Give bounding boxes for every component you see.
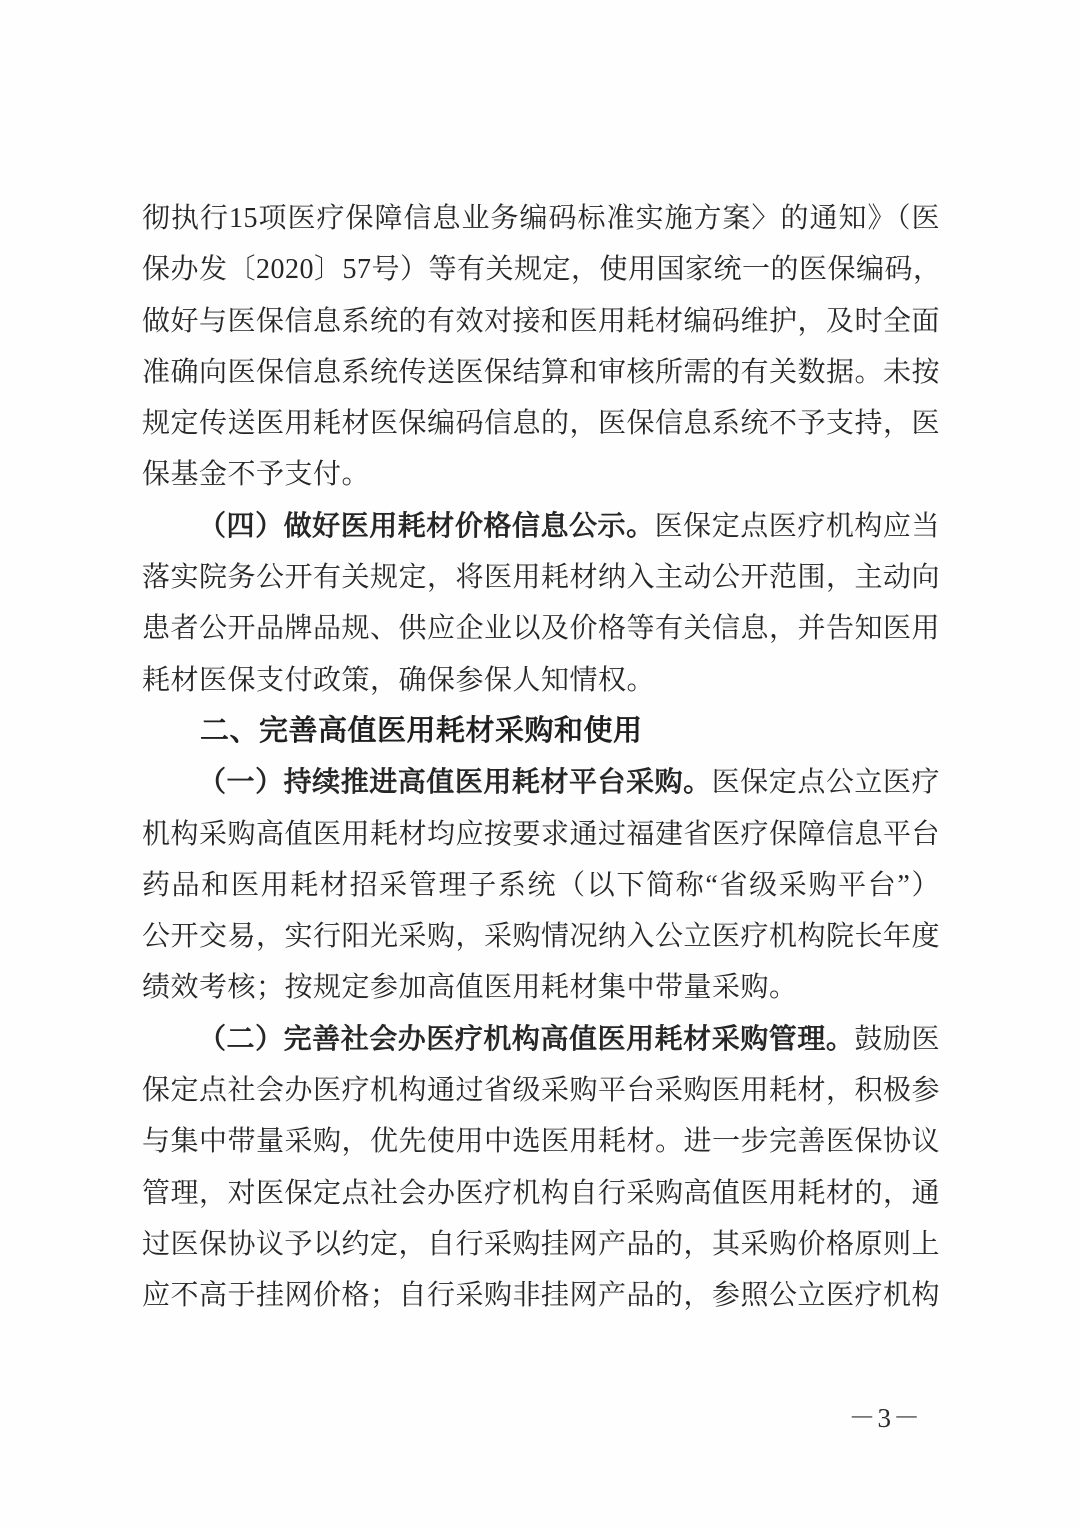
line-text: 保办发〔2020〕57号）等有关规定，使用国家统一的医保编码， (142, 254, 942, 285)
line-text: 鼓励医 (854, 1024, 940, 1055)
line-text: 公开交易，实行阳光采购，采购情况纳入公立医疗机构院长年度 (142, 921, 940, 952)
text-line: 机构采购高值医用耗材均应按要求通过福建省医疗保障信息平台 (142, 809, 940, 860)
line-text: 规定传送医用耗材医保编码信息的，医保信息系统不予支持，医 (142, 408, 940, 439)
text-line: 保基金不予支付。 (142, 449, 940, 500)
heading-text: 二、完善高值医用耗材采购和使用 (200, 715, 643, 747)
text-line: 过医保协议予以约定，自行采购挂网产品的，其采购价格原则上 (142, 1219, 940, 1270)
line-text: 落实院务公开有关规定，将医用耗材纳入主动公开范围，主动向 (142, 562, 940, 593)
page-number: －3－ (849, 1396, 923, 1435)
line-text: 彻执行15项医疗保障信息业务编码标准实施方案〉的通知》（医 (142, 203, 940, 234)
line-text: 绩效考核；按规定参加高值医用耗材集中带量采购。 (142, 972, 798, 1003)
text-line: 彻执行15项医疗保障信息业务编码标准实施方案〉的通知》（医 (142, 193, 940, 244)
text-line: 保定点社会办医疗机构通过省级采购平台采购医用耗材，积极参 (142, 1065, 940, 1116)
text-line: 患者公开品牌品规、供应企业以及价格等有关信息，并告知医用 (142, 603, 940, 654)
line-text: 医保定点医疗机构应当 (655, 511, 940, 542)
text-line-section-4: （四）做好医用耗材价格信息公示。医保定点医疗机构应当 (142, 501, 940, 552)
text-line: 准确向医保信息系统传送医保结算和审核所需的有关数据。未按 (142, 347, 940, 398)
text-line: 绩效考核；按规定参加高值医用耗材集中带量采购。 (142, 962, 940, 1013)
line-text: 耗材医保支付政策，确保参保人知情权。 (142, 665, 655, 696)
line-text: 做好与医保信息系统的有效对接和医用耗材编码维护，及时全面 (142, 306, 940, 337)
text-line: 做好与医保信息系统的有效对接和医用耗材编码维护，及时全面 (142, 296, 940, 347)
line-text: 机构采购高值医用耗材均应按要求通过福建省医疗保障信息平台 (142, 819, 940, 850)
text-line: 公开交易，实行阳光采购，采购情况纳入公立医疗机构院长年度 (142, 911, 940, 962)
document-body: 彻执行15项医疗保障信息业务编码标准实施方案〉的通知》（医 保办发〔2020〕5… (142, 193, 940, 1322)
text-line-section-1: （一）持续推进高值医用耗材平台采购。医保定点公立医疗 (142, 757, 940, 808)
line-text: 患者公开品牌品规、供应企业以及价格等有关信息，并告知医用 (142, 613, 940, 644)
section-lead-bold: （四）做好医用耗材价格信息公示。 (198, 511, 655, 542)
line-text: 医保定点公立医疗 (712, 767, 940, 798)
line-text: 过医保协议予以约定，自行采购挂网产品的，其采购价格原则上 (142, 1229, 940, 1260)
line-text: 药品和医用耗材招采管理子系统（以下简称“省级采购平台”） (142, 870, 940, 901)
line-text: 应不高于挂网价格；自行采购非挂网产品的，参照公立医疗机构 (142, 1280, 940, 1311)
text-line: 管理，对医保定点社会办医疗机构自行采购高值医用耗材的，通 (142, 1168, 940, 1219)
section-lead-bold: （一）持续推进高值医用耗材平台采购。 (198, 767, 712, 798)
line-text: 管理，对医保定点社会办医疗机构自行采购高值医用耗材的，通 (142, 1178, 940, 1209)
line-text: 保定点社会办医疗机构通过省级采购平台采购医用耗材，积极参 (142, 1075, 940, 1106)
document-page: 彻执行15项医疗保障信息业务编码标准实施方案〉的通知》（医 保办发〔2020〕5… (0, 0, 1080, 1528)
text-line: 药品和医用耗材招采管理子系统（以下简称“省级采购平台”） (142, 860, 940, 911)
line-text: 与集中带量采购，优先使用中选医用耗材。进一步完善医保协议 (142, 1126, 940, 1157)
text-line: 与集中带量采购，优先使用中选医用耗材。进一步完善医保协议 (142, 1116, 940, 1167)
text-line: 规定传送医用耗材医保编码信息的，医保信息系统不予支持，医 (142, 398, 940, 449)
text-line: 应不高于挂网价格；自行采购非挂网产品的，参照公立医疗机构 (142, 1270, 940, 1321)
section-heading-2: 二、完善高值医用耗材采购和使用 (142, 706, 940, 757)
text-line: 落实院务公开有关规定，将医用耗材纳入主动公开范围，主动向 (142, 552, 940, 603)
text-line: 保办发〔2020〕57号）等有关规定，使用国家统一的医保编码， (142, 244, 940, 295)
line-text: 准确向医保信息系统传送医保结算和审核所需的有关数据。未按 (142, 357, 940, 388)
text-line: 耗材医保支付政策，确保参保人知情权。 (142, 655, 940, 706)
text-line-section-2: （二）完善社会办医疗机构高值医用耗材采购管理。鼓励医 (142, 1014, 940, 1065)
line-text: 保基金不予支付。 (142, 459, 370, 490)
section-lead-bold: （二）完善社会办医疗机构高值医用耗材采购管理。 (198, 1024, 854, 1055)
